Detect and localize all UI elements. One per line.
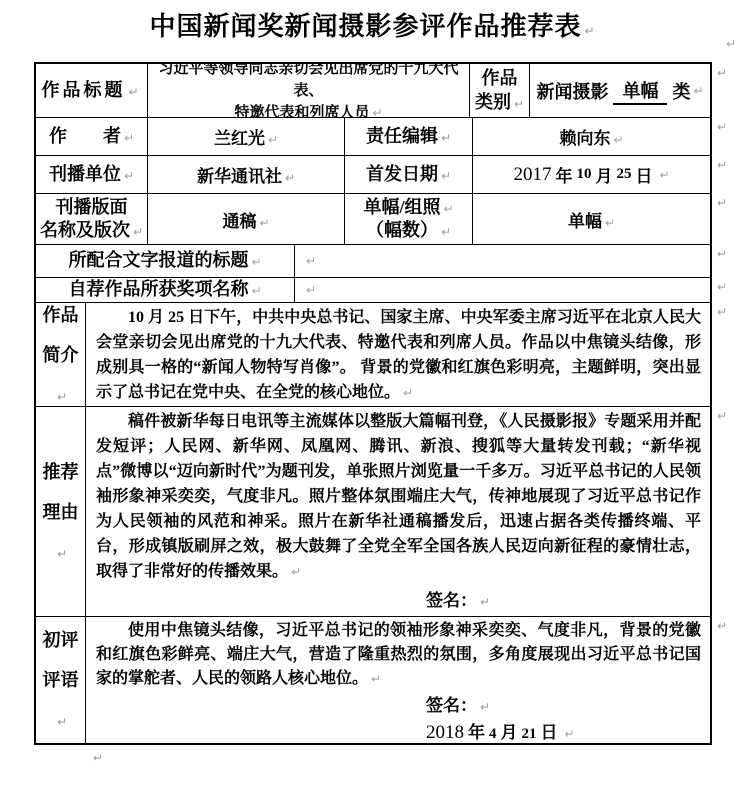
stray-return-mark: ↵ — [726, 38, 736, 50]
row-layout: 刊播版面 名称及版次↵ 通稿↵ 单幅/组照↵ （幅数）↵ 单幅↵ ↵ — [36, 194, 710, 245]
reason-body-cell: 稿件被新华每日电讯等主流媒体以整版大篇幅刊登，《人民摄影报》专题采用并配发短评；… — [86, 407, 710, 616]
review-body-cell: 使用中焦镜头结像，习近平总书记的领袖形象神采奕奕、气度非凡，背景的党徽和红旗色彩… — [86, 617, 710, 743]
return-mark: ↵ — [251, 284, 261, 298]
reason-label-line1: 推荐 — [43, 452, 79, 492]
reason-text-content: 稿件被新华每日电讯等主流媒体以整版大篇幅刊登，《人民摄影报》专题采用并配发短评；… — [96, 413, 701, 580]
count-label-line1: 单幅/组照 — [363, 197, 440, 217]
date-day-unit: 日 — [635, 162, 652, 187]
date-year-unit: 年 — [555, 162, 572, 187]
intro-body-cell: 10 月 25 日下午，中共中央总书记、国家主席、中央军委主席习近平在北京人民大… — [86, 303, 710, 406]
category-label-line1: 作品 — [482, 67, 518, 90]
return-mark: ↵ — [133, 225, 143, 239]
return-mark: ↵ — [514, 97, 524, 111]
row-return-mark: ↵ — [717, 620, 727, 632]
reason-label-cell: 推荐 理由↵ — [36, 407, 86, 616]
reason-label-line2: 理由 — [43, 502, 79, 522]
count-label-cell: 单幅/组照↵ （幅数）↵ — [345, 194, 473, 244]
editor-value: 赖向东 — [559, 129, 610, 148]
review-label-line1: 初评 — [43, 620, 79, 660]
date-month: 10 — [576, 166, 591, 183]
row-publisher: 刊播单位↵ 新华通讯社↵ 首发日期↵ 2017年10月25日↵ ↵ — [36, 156, 710, 194]
return-mark: ↵ — [565, 727, 575, 741]
return-mark: ↵ — [291, 565, 301, 579]
return-mark: ↵ — [124, 169, 134, 183]
return-mark: ↵ — [57, 390, 67, 404]
work-title-line1: 习近平等领导同志亲切会见出席党的十九大代表、 — [148, 64, 469, 102]
reason-text: 稿件被新华每日电讯等主流媒体以整版大篇幅刊登，《人民摄影报》专题采用并配发短评；… — [96, 409, 701, 584]
date-month-unit: 月 — [501, 723, 518, 742]
return-mark: ↵ — [613, 133, 623, 147]
editor-label-cell: 责任编辑↵ — [345, 118, 473, 155]
recommendation-table: 作品标题↵ 习近平等领导同志亲切会见出席党的十九大代表、 特邀代表和列席人员↵ … — [34, 62, 712, 745]
page-title-text: 中国新闻奖新闻摄影参评作品推荐表 — [149, 12, 581, 41]
work-title-label-cell: 作品标题↵ — [36, 64, 148, 117]
return-mark: ↵ — [268, 133, 278, 147]
return-mark: ↵ — [693, 85, 703, 97]
row-return-mark: ↵ — [717, 306, 727, 318]
review-label-cell: 初评 评语↵ — [36, 617, 86, 743]
end-of-document-mark: ↵ — [93, 752, 103, 764]
review-text-content: 使用中焦镜头结像，习近平总书记的领袖形象神采奕奕、气度非凡，背景的党徽和红旗色彩… — [96, 622, 701, 687]
editor-label: 责任编辑 — [366, 126, 438, 146]
date-month-unit: 月 — [595, 162, 612, 187]
author-value: 兰红光 — [214, 129, 265, 148]
publisher-label: 刊播单位 — [49, 164, 121, 184]
date-year: 2018 — [426, 722, 464, 743]
return-mark: ↵ — [480, 595, 490, 609]
document-page: 中国新闻奖新闻摄影参评作品推荐表↵ ↵ 作品标题↵ 习近平等领导同志亲切会见出席… — [0, 0, 745, 789]
row-return-mark: ↵ — [717, 121, 727, 133]
intro-text-content: 10 月 25 日下午，中共中央总书记、国家主席、中央军委主席习近平在北京人民大… — [96, 309, 701, 401]
row-work-title: 作品标题↵ 习近平等领导同志亲切会见出席党的十九大代表、 特邀代表和列席人员↵ … — [36, 64, 710, 118]
category-prefix: 新闻摄影 — [536, 78, 608, 104]
editor-value-cell: 赖向东↵ — [473, 118, 710, 155]
layout-value: 通稿 — [222, 212, 256, 231]
count-value: 单幅 — [568, 212, 602, 231]
row-reason: 推荐 理由↵ 稿件被新华每日电讯等主流媒体以整版大篇幅刊登，《人民摄影报》专题采… — [36, 407, 710, 617]
return-mark: ↵ — [441, 225, 451, 239]
return-mark: ↵ — [480, 700, 490, 714]
intro-label-cell: 作品 简介↵ — [36, 303, 86, 406]
row-return-mark: ↵ — [717, 410, 727, 422]
publisher-label-cell: 刊播单位↵ — [36, 156, 148, 193]
row-intro: 作品 简介↵ 10 月 25 日下午，中共中央总书记、国家主席、中央军委主席习近… — [36, 303, 710, 407]
count-value-cell: 单幅↵ — [473, 194, 710, 244]
row-return-mark: ↵ — [717, 67, 727, 79]
review-text: 使用中焦镜头结像，习近平总书记的领袖形象神采奕奕、气度非凡，背景的党徽和红旗色彩… — [96, 619, 701, 691]
author-value-cell: 兰红光↵ — [148, 118, 345, 155]
reason-signature-label: 签名： — [426, 591, 477, 610]
date-year-unit: 年 — [468, 723, 485, 742]
category-label-line2: 类别 — [475, 92, 511, 112]
return-mark: ↵ — [441, 131, 451, 145]
row-return-mark: ↵ — [717, 197, 727, 209]
return-mark: ↵ — [605, 216, 615, 230]
category-value-cell: 新闻摄影单幅类↵ — [530, 64, 710, 117]
review-label-line2: 评语 — [43, 670, 79, 690]
date-year: 2017 — [513, 164, 551, 186]
row-review: 初评 评语↵ 使用中焦镜头结像，习近平总书记的领袖形象神采奕奕、气度非凡，背景的… — [36, 617, 710, 743]
work-title-label: 作品标题 — [41, 80, 125, 100]
review-sign-date: 2018年4月21日↵ — [426, 720, 701, 743]
work-title-line2: 特邀代表和列席人员 — [234, 105, 369, 118]
return-mark: ↵ — [259, 216, 269, 230]
layout-label-line2: 名称及版次 — [40, 220, 130, 240]
layout-value-cell: 通稿↵ — [148, 194, 345, 244]
category-label-cell: 作品 类别↵ — [470, 64, 530, 117]
category-suffix: 类 — [672, 78, 690, 104]
layout-label-cell: 刊播版面 名称及版次↵ — [36, 194, 148, 244]
date-day: 21 — [522, 726, 537, 742]
row-return-mark: ↵ — [717, 281, 727, 293]
return-mark: ↵ — [57, 715, 67, 729]
text-report-title-input[interactable]: ↵ — [295, 245, 710, 277]
text-report-title-label: 所配合文字报道的标题 — [68, 250, 248, 270]
self-award-input[interactable]: ↵ — [295, 278, 710, 302]
return-mark: ↵ — [443, 202, 453, 216]
return-mark: ↵ — [128, 85, 141, 99]
text-report-title-label-cell: 所配合文字报道的标题↵ — [36, 245, 295, 277]
work-title-value-cell: 习近平等领导同志亲切会见出席党的十九大代表、 特邀代表和列席人员↵ — [148, 64, 470, 117]
count-label-line2: （幅数） — [366, 220, 438, 240]
first-publish-date-label-cell: 首发日期↵ — [345, 156, 473, 193]
row-text-report-title: 所配合文字报道的标题↵ ↵ ↵ — [36, 245, 710, 278]
return-mark: ↵ — [441, 169, 451, 183]
date-day-unit: 日 — [541, 723, 558, 742]
intro-text: 10 月 25 日下午，中共中央总书记、国家主席、中央军委主席习近平在北京人民大… — [96, 305, 701, 405]
row-author: 作 者↵ 兰红光↵ 责任编辑↵ 赖向东↵ ↵ — [36, 118, 710, 156]
intro-label-line2: 简介 — [43, 345, 79, 365]
review-sign-block: 签名：↵ 2018年4月21日↵ — [426, 693, 701, 743]
row-self-award: 自荐作品所获奖项名称↵ ↵ ↵ — [36, 278, 710, 303]
publisher-value: 新华通讯社 — [197, 167, 282, 186]
reason-sign-block: 签名：↵ 2018年4月4日↵ — [426, 587, 701, 616]
return-mark: ↵ — [584, 24, 595, 38]
author-label: 作 者 — [49, 126, 121, 146]
return-mark: ↵ — [371, 672, 381, 686]
date-month: 4 — [489, 726, 497, 742]
reason-sign-date: 2018年4月4日↵ — [426, 615, 701, 616]
category-value-underlined: 单幅 — [613, 77, 667, 105]
author-label-cell: 作 者↵ — [36, 118, 148, 155]
pilcrow-mark: ↵ — [306, 283, 316, 297]
return-mark: ↵ — [251, 255, 261, 269]
return-mark: ↵ — [659, 169, 669, 181]
first-publish-date-value-cell: 2017年10月25日↵ — [473, 156, 710, 193]
return-mark: ↵ — [57, 547, 67, 561]
publisher-value-cell: 新华通讯社↵ — [148, 156, 345, 193]
self-award-label: 自荐作品所获奖项名称 — [68, 279, 248, 299]
first-publish-date-label: 首发日期 — [366, 164, 438, 184]
row-return-mark: ↵ — [717, 159, 727, 171]
row-return-mark: ↵ — [717, 248, 727, 260]
return-mark: ↵ — [372, 106, 382, 118]
return-mark: ↵ — [285, 171, 295, 185]
self-award-label-cell: 自荐作品所获奖项名称↵ — [36, 278, 295, 302]
page-title: 中国新闻奖新闻摄影参评作品推荐表↵ — [0, 6, 745, 43]
intro-label-line1: 作品 — [43, 303, 79, 335]
return-mark: ↵ — [124, 131, 134, 145]
layout-label-line1: 刊播版面 — [56, 196, 128, 219]
review-signature-label: 签名： — [426, 696, 477, 715]
pilcrow-mark: ↵ — [306, 254, 316, 268]
return-mark: ↵ — [403, 386, 413, 400]
date-day: 25 — [616, 166, 631, 183]
